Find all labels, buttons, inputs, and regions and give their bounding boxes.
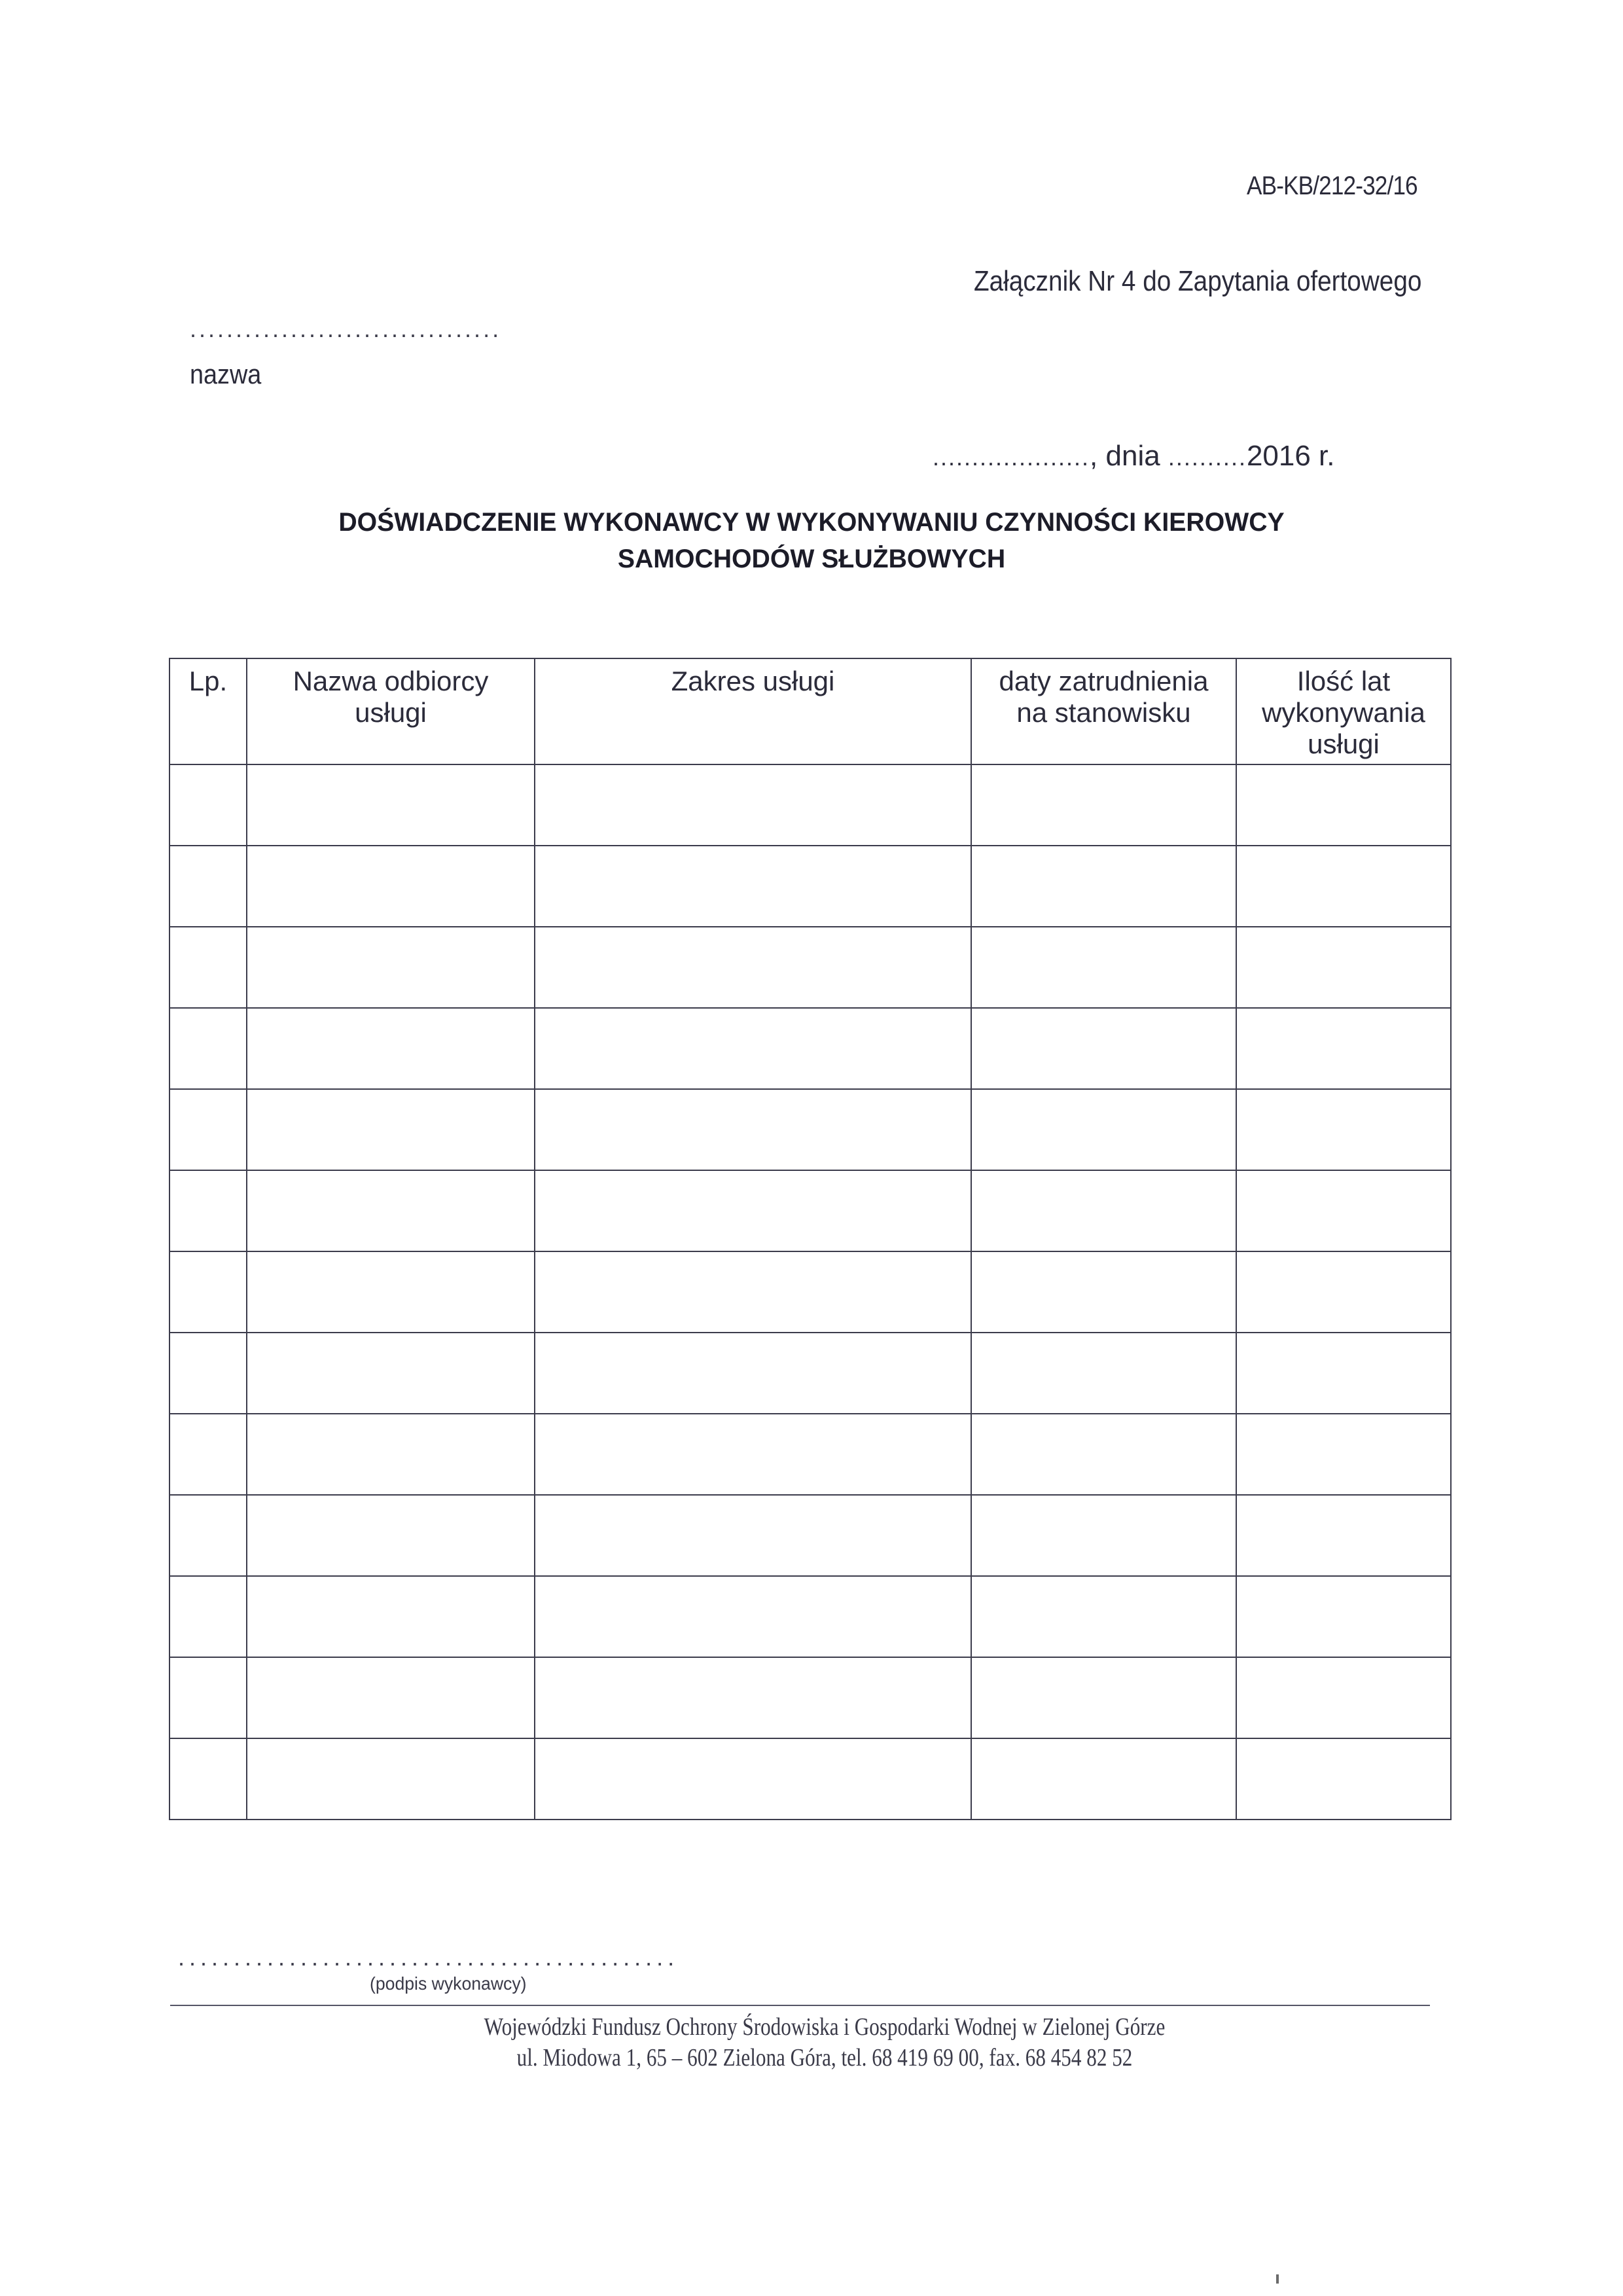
attachment-label: Załącznik Nr 4 do Zapytania ofertowego [974,265,1421,298]
cell-lp[interactable] [169,1251,247,1333]
table-row [169,1170,1451,1251]
cell-service-scope[interactable] [535,927,971,1008]
cell-service-scope[interactable] [535,846,971,927]
cell-lp[interactable] [169,927,247,1008]
cell-lp[interactable] [169,1738,247,1820]
date-separator: , dnia [1090,440,1168,472]
signature-fill-field[interactable]: ........................................… [178,1944,679,1971]
day-fill-field[interactable]: .......... [1168,444,1247,471]
cell-employment-dates[interactable] [971,1089,1236,1170]
cell-recipient-name[interactable] [247,846,535,927]
cell-service-scope[interactable] [535,764,971,846]
cell-recipient-name[interactable] [247,1414,535,1495]
table-header-row: Lp. Nazwa odbiorcy usługi Zakres usługi … [169,658,1451,764]
cell-lp[interactable] [169,1495,247,1576]
cell-employment-dates[interactable] [971,764,1236,846]
cell-lp[interactable] [169,1414,247,1495]
scan-artifact [1276,2274,1279,2284]
table-row [169,1495,1451,1576]
table-row [169,927,1451,1008]
footer-divider [170,2005,1430,2006]
cell-service-scope[interactable] [535,1495,971,1576]
cell-service-scope[interactable] [535,1738,971,1820]
table-row [169,1008,1451,1089]
cell-years-of-service[interactable] [1236,1251,1451,1333]
cell-service-scope[interactable] [535,1576,971,1657]
table-row [169,764,1451,846]
cell-service-scope[interactable] [535,1008,971,1089]
cell-employment-dates[interactable] [971,1495,1236,1576]
header-lp: Lp. [169,658,247,764]
cell-years-of-service[interactable] [1236,927,1451,1008]
table-row [169,1089,1451,1170]
table-row [169,846,1451,927]
cell-employment-dates[interactable] [971,1657,1236,1738]
cell-recipient-name[interactable] [247,764,535,846]
cell-lp[interactable] [169,1333,247,1414]
header-employment-dates: daty zatrudnienia na stanowisku [971,658,1236,764]
table-row [169,1251,1451,1333]
header-service-scope: Zakres usługi [535,658,971,764]
cell-employment-dates[interactable] [971,927,1236,1008]
cell-service-scope[interactable] [535,1089,971,1170]
cell-employment-dates[interactable] [971,1251,1236,1333]
cell-years-of-service[interactable] [1236,1414,1451,1495]
cell-recipient-name[interactable] [247,1008,535,1089]
cell-recipient-name[interactable] [247,1170,535,1251]
cell-service-scope[interactable] [535,1333,971,1414]
cell-years-of-service[interactable] [1236,1495,1451,1576]
cell-lp[interactable] [169,764,247,846]
cell-employment-dates[interactable] [971,1738,1236,1820]
cell-recipient-name[interactable] [247,927,535,1008]
cell-recipient-name[interactable] [247,1251,535,1333]
cell-service-scope[interactable] [535,1657,971,1738]
cell-service-scope[interactable] [535,1251,971,1333]
cell-years-of-service[interactable] [1236,1738,1451,1820]
cell-recipient-name[interactable] [247,1576,535,1657]
cell-years-of-service[interactable] [1236,1333,1451,1414]
footer-address: ul. Miodowa 1, 65 – 602 Zielona Góra, te… [427,2043,1222,2072]
place-date-line: ...................., dnia ..........201… [933,440,1335,473]
experience-table-container: Lp. Nazwa odbiorcy usługi Zakres usługi … [169,658,1452,1804]
cell-years-of-service[interactable] [1236,1089,1451,1170]
year-suffix: 2016 r. [1247,440,1335,472]
cell-lp[interactable] [169,1008,247,1089]
cell-lp[interactable] [169,846,247,927]
table-row [169,1333,1451,1414]
cell-recipient-name[interactable] [247,1738,535,1820]
cell-years-of-service[interactable] [1236,1576,1451,1657]
cell-service-scope[interactable] [535,1170,971,1251]
cell-recipient-name[interactable] [247,1657,535,1738]
cell-recipient-name[interactable] [247,1333,535,1414]
document-title: DOŚWIADCZENIE WYKONAWCY W WYKONYWANIU CZ… [209,504,1414,577]
cell-years-of-service[interactable] [1236,1170,1451,1251]
cell-lp[interactable] [169,1089,247,1170]
cell-employment-dates[interactable] [971,846,1236,927]
header-recipient-name: Nazwa odbiorcy usługi [247,658,535,764]
table-row [169,1657,1451,1738]
title-line-1: DOŚWIADCZENIE WYKONAWCY W WYKONYWANIU CZ… [209,504,1414,541]
cell-years-of-service[interactable] [1236,846,1451,927]
reference-number: AB-KB/212-32/16 [1247,171,1418,201]
table-body [169,764,1451,1820]
cell-employment-dates[interactable] [971,1008,1236,1089]
experience-table: Lp. Nazwa odbiorcy usługi Zakres usługi … [169,658,1452,1820]
table-row [169,1414,1451,1495]
cell-years-of-service[interactable] [1236,1657,1451,1738]
cell-recipient-name[interactable] [247,1089,535,1170]
cell-years-of-service[interactable] [1236,764,1451,846]
place-fill-field[interactable]: .................... [933,444,1090,471]
title-line-2: SAMOCHODÓW SŁUŻBOWYCH [209,541,1414,577]
header-years-of-service: Ilość lat wykonywania usługi [1236,658,1451,764]
table-row [169,1576,1451,1657]
cell-lp[interactable] [169,1576,247,1657]
cell-employment-dates[interactable] [971,1333,1236,1414]
footer-organization: Wojewódzki Fundusz Ochrony Środowiska i … [427,2013,1222,2041]
cell-employment-dates[interactable] [971,1414,1236,1495]
cell-service-scope[interactable] [535,1414,971,1495]
cell-years-of-service[interactable] [1236,1008,1451,1089]
name-label: nazwa [190,359,261,390]
cell-lp[interactable] [169,1657,247,1738]
signature-label: (podpis wykonawcy) [370,1973,527,1994]
name-fill-field[interactable]: .................................. [190,315,501,343]
cell-lp[interactable] [169,1170,247,1251]
cell-employment-dates[interactable] [971,1170,1236,1251]
cell-employment-dates[interactable] [971,1576,1236,1657]
table-row [169,1738,1451,1820]
cell-recipient-name[interactable] [247,1495,535,1576]
